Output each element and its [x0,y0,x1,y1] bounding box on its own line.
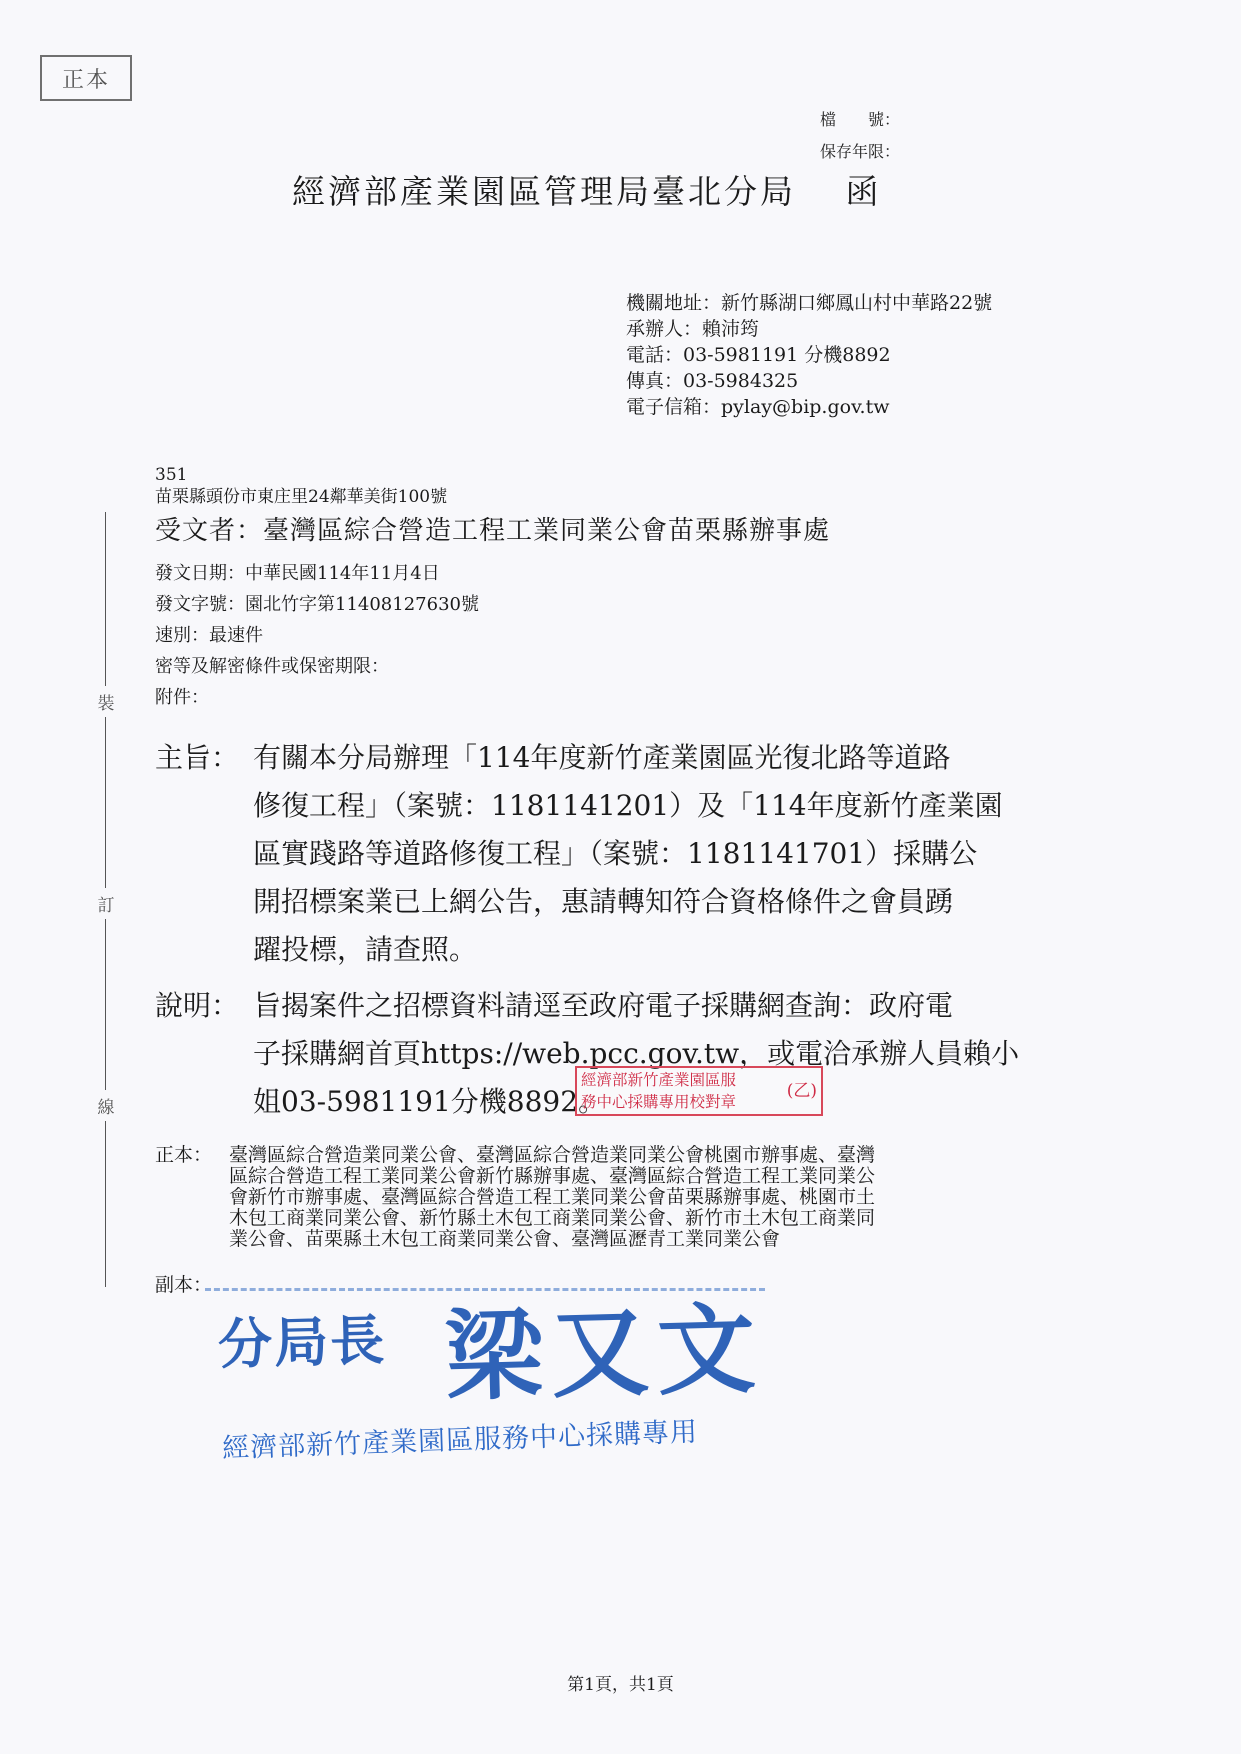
signature-name: 梁又文 [443,1271,765,1420]
page-number: 第1頁，共1頁 [0,1670,1241,1695]
contact-block: 機關地址：新竹縣湖口鄉鳳山村中華路22號 承辦人：賴沛筠 電話：03-59811… [626,290,992,420]
classification: 密等及解密條件或保密期限： [155,651,479,682]
document-number: 發文字號：園北竹字第11408127630號 [155,589,479,620]
agency-name: 經濟部產業園區管理局臺北分局 [292,172,796,211]
handler: 承辦人：賴沛筠 [626,316,992,342]
signature-subtitle: 經濟部新竹產業園區服務中心採購專用 [221,1410,698,1466]
subject-line: 躍投標，請查照。 [253,926,1095,974]
postal-code: 351 [155,464,447,486]
binding-mark-zhuang: 裝 [94,686,118,717]
proofreading-stamp: 經濟部新竹產業園區服 務中心採購專用校對章 (乙) [575,1066,823,1116]
retention-label: 保存年限： [820,136,900,168]
agency-address: 機關地址：新竹縣湖口鄉鳳山村中華路22號 [626,290,992,316]
original-label: 正本： [155,1145,229,1250]
original-distribution: 正本： 臺灣區綜合營造業同業公會、臺灣區綜合營造業同業公會桃園市辦事處、臺灣 區… [155,1145,1105,1250]
subject-body: 有關本分局辦理「114年度新竹產業園區光復北路等道路 修復工程」（案號：1181… [253,734,1095,974]
subject-line: 區實踐路等道路修復工程」（案號：1181141701）採購公 [253,830,1095,878]
document-title: 經濟部產業園區管理局臺北分局 函 [292,166,882,213]
explanation-line: 旨揭案件之招標資料請逕至政府電子採購網查詢：政府電 [253,982,1095,1030]
binding-mark-ding: 訂 [94,888,118,919]
copy-type-box: 正本 [40,55,132,101]
document-meta: 發文日期：中華民國114年11月4日 發文字號：園北竹字第11408127630… [155,558,479,713]
recipient-address-block: 351 苗栗縣頭份市東庄里24鄰華美街100號 [155,464,447,508]
recipient-address: 苗栗縣頭份市東庄里24鄰華美街100號 [155,486,447,508]
stamp-line-1: 經濟部新竹產業園區服 [581,1069,817,1091]
subject-line: 修復工程」（案號：1181141201）及「114年度新竹產業園 [253,782,1095,830]
document-type: 函 [846,172,882,211]
stamp-suffix: (乙) [787,1080,817,1102]
phone: 電話：03-5981191 分機8892 [626,342,992,368]
subject-line: 有關本分局辦理「114年度新竹產業園區光復北路等道路 [253,734,1095,782]
subject-section: 主旨： 有關本分局辦理「114年度新竹產業園區光復北路等道路 修復工程」（案號：… [155,734,1095,974]
file-number-label: 檔 號： [820,104,900,136]
attachment: 附件： [155,682,479,713]
stamp-line-2: 務中心採購專用校對章 [581,1091,817,1113]
original-line: 業公會、苗栗縣土木包工商業同業公會、臺灣區瀝青工業同業公會 [229,1229,875,1250]
subject-label: 主旨： [155,734,253,974]
original-list: 臺灣區綜合營造業同業公會、臺灣區綜合營造業同業公會桃園市辦事處、臺灣 區綜合營造… [229,1145,875,1250]
original-line: 臺灣區綜合營造業同業公會、臺灣區綜合營造業同業公會桃園市辦事處、臺灣 [229,1145,875,1166]
email: 電子信箱：pylay@bip.gov.tw [626,394,992,420]
original-line: 木包工商業同業公會、新竹縣土木包工商業同業公會、新竹市土木包工商業同 [229,1208,875,1229]
signature-title: 分局長 [217,1298,387,1379]
explanation-label: 說明： [155,982,253,1126]
subject-line: 開招標案業已上網公告，惠請轉知符合資格條件之會員踴 [253,878,1095,926]
binding-mark-xian: 線 [94,1090,118,1121]
file-meta: 檔 號： 保存年限： [820,104,900,168]
original-line: 會新竹市辦事處、臺灣區綜合營造工程工業同業公會苗栗縣辦事處、桃園市土 [229,1187,875,1208]
issue-date: 發文日期：中華民國114年11月4日 [155,558,479,589]
speed: 速別：最速件 [155,620,479,651]
original-line: 區綜合營造工程工業同業公會新竹縣辦事處、臺灣區綜合營造工程工業同業公 [229,1166,875,1187]
fax: 傳真：03-5984325 [626,368,992,394]
recipient: 受文者：臺灣區綜合營造工程工業同業公會苗栗縣辦事處 [155,510,830,547]
